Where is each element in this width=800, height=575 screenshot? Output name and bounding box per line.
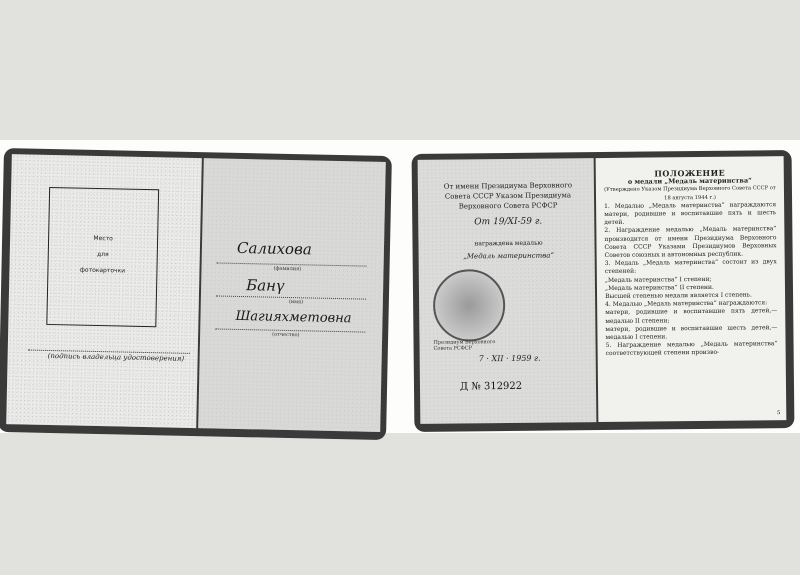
decree-date: От 19/XI-59 г. (428, 216, 588, 228)
regulation-text: ПОЛОЖЕНИЕ о медали „Медаль материнства“ … (604, 168, 778, 358)
medal-name: „Медаль материнства“ (429, 250, 589, 262)
regulation-note: (Утверждено Указом Президиума Верховного… (604, 185, 776, 203)
photo-placeholder-line: для (49, 250, 157, 259)
first-name-handwritten: Банү (246, 276, 285, 295)
issue-date: 7 · XII · 1959 г. (430, 353, 590, 365)
page-number: 5 (777, 410, 780, 416)
patronymic-label: (отчество) (272, 332, 299, 339)
photo-placeholder-box: Место для фотокарточки (46, 187, 159, 327)
right-page-award: От имени Президиума Верховного Совета СС… (418, 158, 597, 424)
photo-placeholder-line: фотокарточки (48, 266, 156, 275)
serial-number: Д № 312922 (460, 381, 522, 393)
photo-placeholder-line: Место (49, 234, 157, 243)
right-page-regulation: ПОЛОЖЕНИЕ о медали „Медаль материнства“ … (596, 156, 787, 422)
certificate-spread-right: От имени Президиума Верховного Совета СС… (412, 150, 795, 432)
regulation-paragraph: матери, родившие и воспитавшие шесть дет… (605, 324, 777, 342)
patronymic-handwritten: Шагияхметовна (235, 309, 351, 326)
first-name-label: (имя) (289, 299, 303, 305)
signature-label: (подпись владельца удостоверения) (48, 352, 185, 363)
official-seal (433, 269, 506, 342)
left-page-photo: Место для фотокарточки (подпись владельц… (6, 154, 202, 428)
regulation-paragraph: 1. Медалью „Медаль материнства“ награжда… (604, 201, 776, 227)
regulation-paragraph: матери, родившие и воспитавшие пять дете… (605, 308, 777, 326)
left-page-name: Салихова (фамилия) Банү (имя) Шагияхмето… (198, 158, 386, 432)
regulation-paragraph: 2. Награждение медалью „Медаль материнст… (604, 226, 776, 261)
award-header-line: Верховного Совета РСФСР (428, 200, 588, 212)
surname-handwritten: Салихова (237, 239, 312, 259)
certificate-spread-left: Место для фотокарточки (подпись владельц… (0, 148, 392, 440)
regulation-paragraph: 5. Награждение медалью „Медаль материнст… (606, 340, 778, 358)
awarded-line: награждена медалью (428, 238, 588, 250)
seal-caption: Президиум Верховного Совета РСФСР (434, 339, 514, 352)
surname-label: (фамилия) (273, 266, 301, 273)
regulation-paragraph: 3. Медаль „Медаль материнства“ состоит и… (605, 258, 777, 276)
